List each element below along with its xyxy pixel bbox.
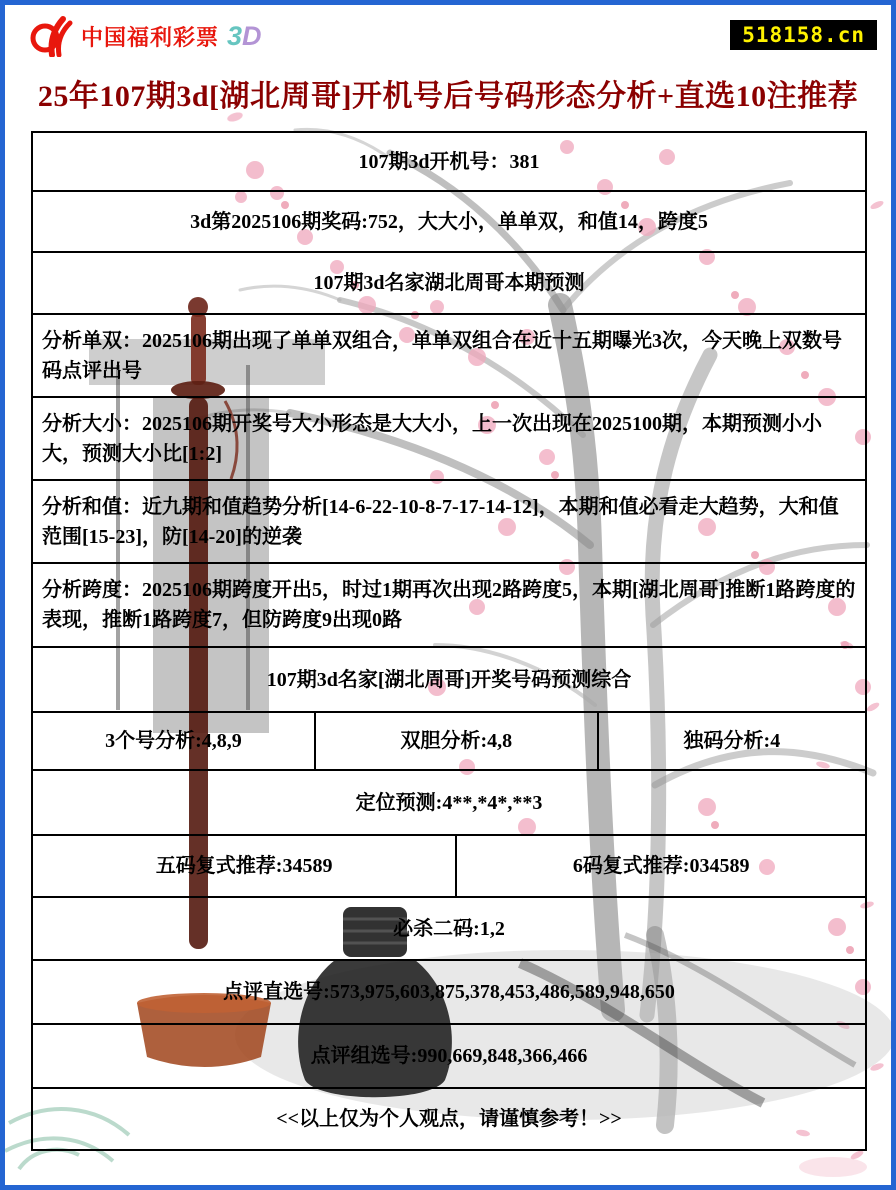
row-direct-picks: 点评直选号:573,975,603,875,378,453,486,589,94…	[33, 961, 865, 1025]
logo-text: 中国福利彩票	[81, 21, 219, 52]
kaiji-number-text: 107期3d开机号：381	[358, 147, 539, 177]
direct-picks-text: 点评直选号:573,975,603,875,378,453,486,589,94…	[223, 977, 675, 1007]
row-analysis-span: 分析跨度：2025106期跨度开出5，时过1期再次出现2路跨度5，本期[湖北周哥…	[33, 564, 865, 648]
six-code-text: 6码复式推荐:034589	[573, 851, 750, 881]
cell-single-code-analysis: 独码分析:4	[599, 713, 865, 769]
prediction-header-text: 107期3d名家湖北周哥本期预测	[313, 268, 584, 298]
row-compound-recommend: 五码复式推荐:34589 6码复式推荐:034589	[33, 836, 865, 898]
cell-six-code-compound: 6码复式推荐:034589	[457, 836, 865, 896]
kill-two-codes-text: 必杀二码:1,2	[393, 914, 505, 944]
last-draw-text: 3d第2025106期奖码:752，大大小，单单双，和值14，跨度5	[190, 207, 708, 237]
analysis-sum-text: 分析和值：近九期和值趋势分析[14-6-22-10-8-7-17-14-12]，…	[42, 492, 856, 552]
cell-three-number-analysis: 3个号分析:4,8,9	[33, 713, 316, 769]
site-logo: 中国福利彩票 3D	[29, 15, 262, 57]
row-prediction-header: 107期3d名家湖北周哥本期预测	[33, 253, 865, 315]
group-picks-text: 点评组选号:990,669,848,366,466	[311, 1041, 588, 1071]
article-page: 中国福利彩票 3D 518158.cn 25年107期3d[湖北周哥]开机号后号…	[0, 0, 896, 1190]
prediction-table: 107期3d开机号：381 3d第2025106期奖码:752，大大小，单单双，…	[31, 131, 867, 1151]
row-group-picks: 点评组选号:990,669,848,366,466	[33, 1025, 865, 1089]
row-analysis-odd-even: 分析单双：2025106期出现了单单双组合，单单双组合在近十五期曝光3次，今天晚…	[33, 315, 865, 398]
row-three-analysis: 3个号分析:4,8,9 双胆分析:4,8 独码分析:4	[33, 713, 865, 771]
logo-3d-text: 3D	[227, 21, 262, 52]
position-prediction-text: 定位预测:4**,*4*,**3	[356, 788, 543, 818]
disclaimer-text: <<以上仅为个人观点，请谨慎参考！>>	[276, 1104, 622, 1134]
single-code-text: 独码分析:4	[684, 726, 781, 756]
double-dan-text: 双胆分析:4,8	[400, 726, 512, 756]
row-kill-two-codes: 必杀二码:1,2	[33, 898, 865, 961]
row-position-prediction: 定位预测:4**,*4*,**3	[33, 771, 865, 836]
row-analysis-size: 分析大小：2025106期开奖号大小形态是大大小，上一次出现在2025100期，…	[33, 398, 865, 481]
analysis-span-text: 分析跨度：2025106期跨度开出5，时过1期再次出现2路跨度5，本期[湖北周哥…	[42, 575, 856, 635]
three-number-text: 3个号分析:4,8,9	[105, 726, 242, 756]
row-analysis-sum: 分析和值：近九期和值趋势分析[14-6-22-10-8-7-17-14-12]，…	[33, 481, 865, 564]
row-summary-header: 107期3d名家[湖北周哥]开奖号码预测综合	[33, 648, 865, 713]
analysis-odd-even-text: 分析单双：2025106期出现了单单双组合，单单双组合在近十五期曝光3次，今天晚…	[42, 326, 856, 386]
page-title: 25年107期3d[湖北周哥]开机号后号码形态分析+直选10注推荐	[5, 71, 891, 115]
row-disclaimer: <<以上仅为个人观点，请谨慎参考！>>	[33, 1089, 865, 1149]
cell-five-code-compound: 五码复式推荐:34589	[33, 836, 457, 896]
row-kaiji-number: 107期3d开机号：381	[33, 133, 865, 192]
five-code-text: 五码复式推荐:34589	[156, 851, 333, 881]
summary-header-text: 107期3d名家[湖北周哥]开奖号码预测综合	[267, 665, 631, 695]
site-domain-badge: 518158.cn	[730, 20, 877, 50]
row-last-draw-result: 3d第2025106期奖码:752，大大小，单单双，和值14，跨度5	[33, 192, 865, 253]
cwl-logo-icon	[29, 15, 75, 57]
page-header: 中国福利彩票 3D 518158.cn	[5, 5, 891, 67]
cell-double-dan-analysis: 双胆分析:4,8	[316, 713, 599, 769]
analysis-size-text: 分析大小：2025106期开奖号大小形态是大大小，上一次出现在2025100期，…	[42, 409, 856, 469]
